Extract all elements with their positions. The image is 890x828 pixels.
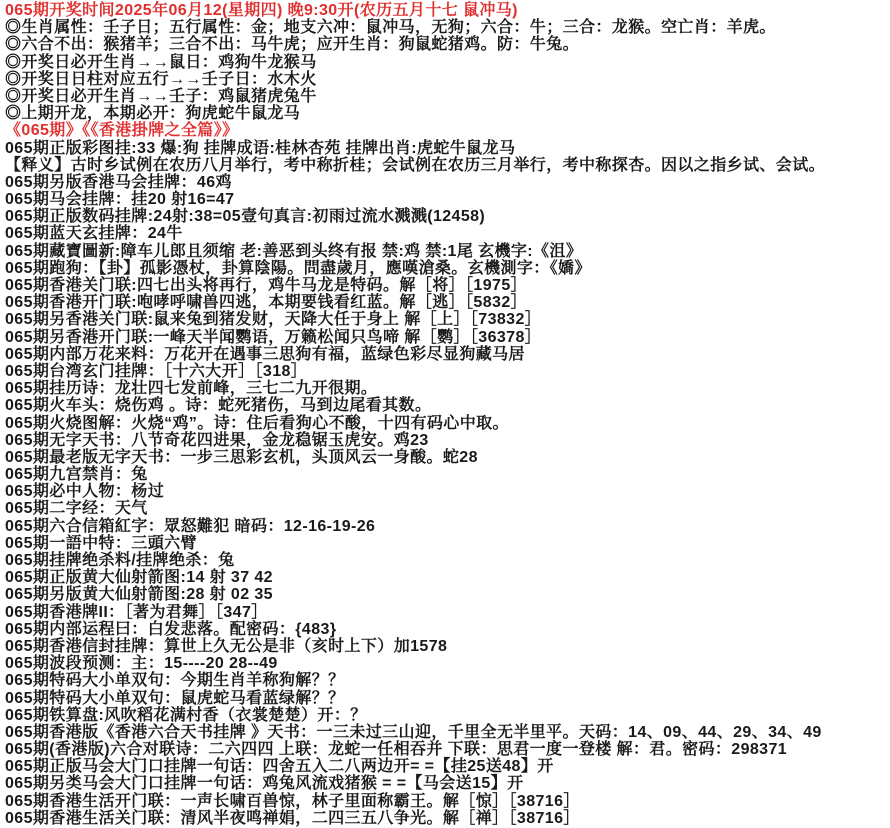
text-line: 065期香港生活关门联：清风半夜鸣禅娟，二四三五八争光。解［禅］［38716］: [5, 810, 890, 827]
text-line: ◎六合不出：猴猪羊；三合不出：马牛虎；应开生肖：狗鼠蛇猪鸡。防：牛兔。: [5, 36, 890, 53]
text-line: 065期香港生活开门联：一声长啸百兽惊，林子里面称霸王。解［惊］［38716］: [5, 793, 890, 810]
text-line: 065期香港信封挂牌：算世上久无公是非（亥时上下）加1578: [5, 638, 890, 655]
text-line: 065期铁算盘:风吹稻花满村香（衣裳楚楚）开：？: [5, 707, 890, 724]
text-line: 065期另香港关门联:鼠来兔到猪发财，天降大任于身上 解［上］［73832］: [5, 311, 890, 328]
text-line: 065期特码大小单双句：鼠虎蛇马看蓝绿解？？: [5, 690, 890, 707]
text-line: 065期正版马会大门口挂牌一句话：四舍五入二八两边开= =【挂25送48】开: [5, 758, 890, 775]
text-line: 065期香港牌II：［著为君舞］［347］: [5, 604, 890, 621]
text-line: 065期火烧图解：火烧“鸡”。诗：住后看狗心不酸，十四有码心中取。: [5, 415, 890, 432]
text-line: 065期无字天书：八节奇花四进果，金龙稳锯玉虎安。鸡23: [5, 432, 890, 449]
text-line: ◎开奖日必开生肖→→壬子：鸡鼠猪虎兔牛: [5, 88, 890, 105]
text-line: 065期火车头：烧伤鸡 。诗：蛇死猪伤，马到边尾看其数。: [5, 397, 890, 414]
text-line: 【释义】古时乡试例在农历八月举行，考中称折桂；会试例在农历三月举行，考中称探杏。…: [5, 157, 890, 174]
text-line: ◎生肖属性：壬子日；五行属性：金；地支六冲：鼠冲马，无狗；六合：牛；三合：龙猴。…: [5, 19, 890, 36]
text-line: 065期正版数码挂牌:24射:38=05壹句真言:初雨过流水溅溅(12458): [5, 208, 890, 225]
text-line: 065期必中人物：杨过: [5, 483, 890, 500]
text-line: 065期波段预测：主：15----20 28--49: [5, 655, 890, 672]
text-line: 065期开奖时间2025年06月12(星期四) 晚9:30开(农历五月十七 鼠冲…: [5, 2, 890, 19]
text-line: 065期正版黄大仙射箭图:14 射 37 42: [5, 569, 890, 586]
lottery-info-page: 065期开奖时间2025年06月12(星期四) 晚9:30开(农历五月十七 鼠冲…: [0, 0, 890, 828]
text-line: 065期特码大小单双句：今期生肖羊称狗解？？: [5, 672, 890, 689]
text-line: 065期藏寶圖新:障车儿郎且须缩 老:善恶到头终有报 禁:鸡 禁:1尾 玄機字:…: [5, 243, 890, 260]
text-lines-container: 065期开奖时间2025年06月12(星期四) 晚9:30开(农历五月十七 鼠冲…: [5, 2, 890, 827]
text-line: 065期香港版《香港六合天书挂牌 》天书：一三未过三山迎，千里全无半里平。天码：…: [5, 724, 890, 741]
text-line: 065期最老版无字天书：一步三思彩玄机，头顶风云一身酸。蛇28: [5, 449, 890, 466]
text-line: 065期蓝天玄挂牌：24牛: [5, 225, 890, 242]
text-line: 065期跑狗：【卦】孤影憑杖，卦算陰陽。問盡歲月，應嘆滄桑。玄機測字：《嬌》: [5, 260, 890, 277]
text-line: 065期一語中特：三頭六臂: [5, 535, 890, 552]
text-line: 065期香港开门联:咆哮呼啸兽四逃，本期要钱看红蓝。解［逃］［5832］: [5, 294, 890, 311]
text-line: 065期内部万花来料：万花开在遇事三思狗有福，蓝绿色彩尽显狗藏马居: [5, 346, 890, 363]
text-line: 065期正版彩图挂:33 爆:狗 挂牌成语:桂林杏苑 挂牌出肖:虎蛇牛鼠龙马: [5, 140, 890, 157]
text-line: 065期内部运程曰：白发悲落。配密码：{483}: [5, 621, 890, 638]
text-line: ◎开奖日日柱对应五行→→壬子日：水木火: [5, 71, 890, 88]
text-line: 065期二字经：天气: [5, 500, 890, 517]
text-line: 065期另类马会大门口挂牌一句话：鸡兔风流戏猪猴 = =【马会送15】开: [5, 775, 890, 792]
text-line: 065期香港关门联:四七出头将再行，鸡牛马龙是特码。解［将］［1975］: [5, 277, 890, 294]
text-line: 065期另版黄大仙射箭图:28 射 02 35: [5, 586, 890, 603]
text-line: 065期台湾玄门挂牌：［十六大开］［318］: [5, 363, 890, 380]
text-line: 065期挂牌绝杀料/挂牌绝杀：兔: [5, 552, 890, 569]
text-line: 065期挂历诗：龙壮四七发前峰，三七二九开很期。: [5, 380, 890, 397]
text-line: 065期六合信箱紅字：眾怒難犯 暗码：12-16-19-26: [5, 518, 890, 535]
text-line: 065期另版香港马会挂牌：46鸡: [5, 174, 890, 191]
text-line: 065期九宫禁肖：兔: [5, 466, 890, 483]
text-line: 065期另香港开门联:一峰天半闻鹦语，万籁松闻只鸟啼 解［鹦］［36378］: [5, 329, 890, 346]
text-line: 065期马会挂牌：挂20 射16=47: [5, 191, 890, 208]
text-line: 065期(香港版)六合对联诗：二六四四 上联：龙蛇一任相吞并 下联：思君一度一登…: [5, 741, 890, 758]
text-line: 《065期》《《香港掛牌之全篇》》: [5, 122, 890, 139]
text-line: ◎开奖日必开生肖→→鼠日：鸡狗牛龙猴马: [5, 54, 890, 71]
text-line: ◎上期开龙，本期必开：狗虎蛇牛鼠龙马: [5, 105, 890, 122]
